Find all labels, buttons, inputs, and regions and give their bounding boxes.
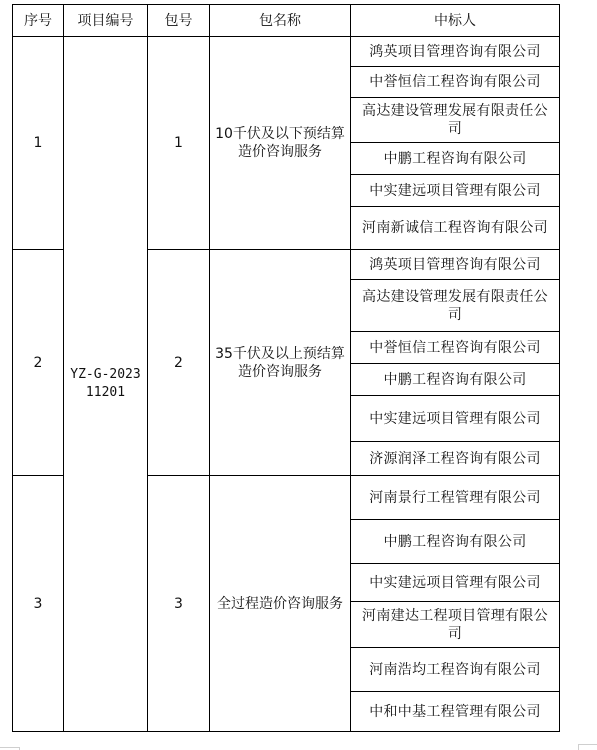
- header-package-name: 包名称: [210, 5, 351, 37]
- package-name-cell: 全过程造价咨询服务: [210, 476, 351, 732]
- winner-cell: 中实建远项目管理有限公司: [351, 396, 560, 442]
- package-no-cell: 3: [148, 476, 210, 732]
- header-winner: 中标人: [351, 5, 560, 37]
- award-table: 序号 项目编号 包号 包名称 中标人 1 YZ-G-2023 11201 1 1…: [12, 4, 560, 732]
- page-corner-mark: [578, 744, 597, 750]
- winner-cell: 河南浩均工程咨询有限公司: [351, 648, 560, 692]
- winner-cell: 鸿英项目管理咨询有限公司: [351, 37, 560, 67]
- winner-cell: 河南景行工程管理有限公司: [351, 476, 560, 520]
- seq-cell: 3: [13, 476, 64, 732]
- table-row: 1 YZ-G-2023 11201 1 10千伏及以下预结算造价咨询服务 鸿英项…: [13, 37, 560, 67]
- winner-cell: 中实建远项目管理有限公司: [351, 175, 560, 207]
- package-name-cell: 35千伏及以上预结算造价咨询服务: [210, 250, 351, 476]
- winner-cell: 鸿英项目管理咨询有限公司: [351, 250, 560, 280]
- package-no-cell: 2: [148, 250, 210, 476]
- winner-cell: 高达建设管理发展有限责任公司: [351, 98, 560, 143]
- winner-cell: 中和中基工程管理有限公司: [351, 692, 560, 732]
- package-name-cell: 10千伏及以下预结算造价咨询服务: [210, 37, 351, 250]
- winner-cell: 中鹏工程咨询有限公司: [351, 520, 560, 564]
- header-row: 序号 项目编号 包号 包名称 中标人: [13, 5, 560, 37]
- header-package-no: 包号: [148, 5, 210, 37]
- winner-cell: 中鹏工程咨询有限公司: [351, 143, 560, 175]
- winner-cell: 中鹏工程咨询有限公司: [351, 364, 560, 396]
- header-project-no: 项目编号: [64, 5, 148, 37]
- winner-cell: 高达建设管理发展有限责任公司: [351, 280, 560, 332]
- winner-cell: 河南新诚信工程咨询有限公司: [351, 207, 560, 250]
- seq-cell: 2: [13, 250, 64, 476]
- package-no-cell: 1: [148, 37, 210, 250]
- winner-cell: 中誉恒信工程咨询有限公司: [351, 332, 560, 364]
- seq-cell: 1: [13, 37, 64, 250]
- winner-cell: 河南建达工程项目管理有限公司: [351, 602, 560, 648]
- winner-cell: 中誉恒信工程咨询有限公司: [351, 67, 560, 98]
- winner-cell: 济源润泽工程咨询有限公司: [351, 442, 560, 476]
- project-no-cell: YZ-G-2023 11201: [64, 37, 148, 732]
- header-seq: 序号: [13, 5, 64, 37]
- winner-cell: 中实建远项目管理有限公司: [351, 564, 560, 602]
